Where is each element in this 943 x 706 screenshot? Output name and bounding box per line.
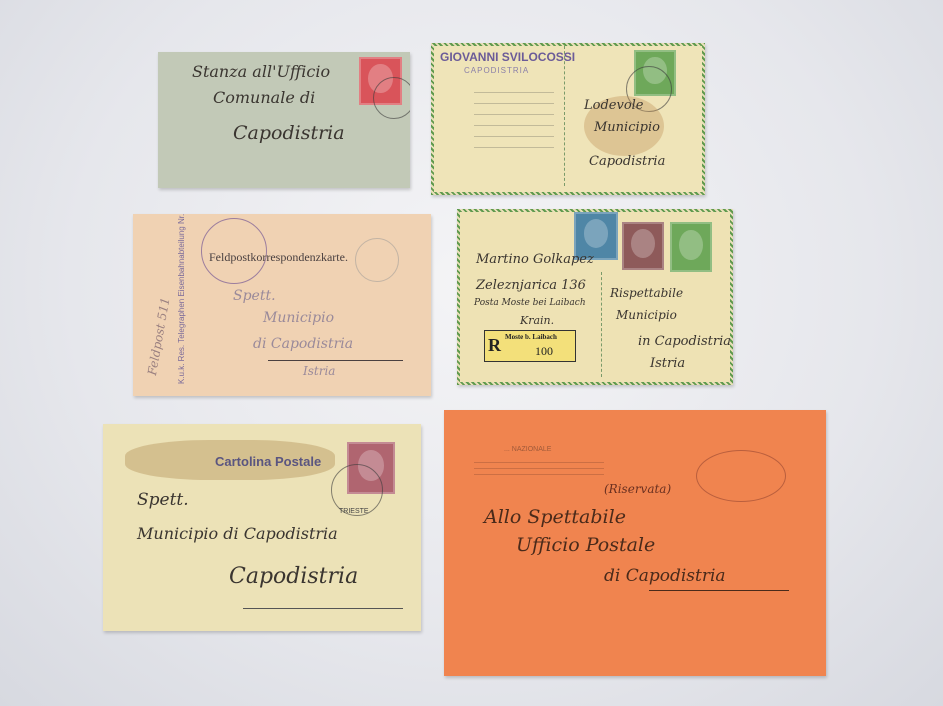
- recipient-line-4: Istria: [650, 356, 685, 371]
- recipient-line-1: Rispettabile: [610, 286, 683, 300]
- handwriting-line-4: Istria: [303, 364, 335, 378]
- handwriting-line-1: Allo Spettabile: [484, 506, 626, 528]
- postcard-cartolina: Cartolina Postale TRIESTE Spett. Municip…: [103, 424, 421, 631]
- address-rule: [268, 360, 403, 361]
- postcard-svilocossi: GIOVANNI SVILOCOSSI CAPODISTRIA Lodevole…: [431, 43, 705, 195]
- postmark: [373, 77, 410, 119]
- stamp-circle: [355, 238, 399, 282]
- registration-label: R Moste b. Laibach 100: [484, 330, 576, 362]
- divider: [601, 272, 603, 377]
- registered-postcard: Martino Golkapez Zeleznjarica 136 Posta …: [457, 209, 733, 385]
- registration-number: 100: [535, 344, 553, 359]
- oval-cancel: [696, 450, 786, 502]
- address-line-2: Municipio: [594, 120, 660, 135]
- handwriting-line-3: di Capodistria: [253, 336, 353, 352]
- postmark-text: TRIESTE: [339, 508, 369, 515]
- printed-title: Cartolina Postale: [215, 454, 321, 469]
- feldpost-card: Feldpostkorrespondenzkarte. K.u.k. Res. …: [133, 214, 431, 396]
- sender-line-1: Martino Golkapez: [476, 252, 594, 267]
- address-line-3: Capodistria: [589, 154, 665, 169]
- handwriting-line-2: Municipio: [263, 310, 334, 326]
- address-line-1: Lodevole: [584, 98, 644, 113]
- reserved-note: (Riservata): [604, 482, 671, 496]
- message-handwriting: [474, 88, 554, 158]
- handwriting-line-2: Municipio di Capodistria: [137, 524, 338, 543]
- printed-header-1: ... NAZIONALE: [504, 446, 551, 453]
- sender-header: GIOVANNI SVILOCOSSI: [440, 50, 575, 64]
- handwriting-line-1: Spett.: [137, 490, 189, 510]
- letter-card-green: Stanza all'Ufficio Comunale di Capodistr…: [158, 52, 410, 188]
- registration-letter: R: [488, 335, 501, 356]
- handwriting-line-1: Stanza all'Ufficio: [192, 62, 330, 81]
- address-rule: [243, 608, 403, 609]
- address-rule: [649, 590, 789, 591]
- handwriting-line-2: Ufficio Postale: [516, 534, 655, 556]
- recipient-line-2: Municipio: [616, 308, 677, 322]
- handwriting-line-3: di Capodistria: [604, 566, 726, 586]
- card-title: Feldpostkorrespondenzkarte.: [209, 250, 348, 265]
- handwriting-line-2: Comunale di: [213, 88, 315, 107]
- stamp-brown: [622, 222, 664, 270]
- handwriting-line-3: Capodistria: [233, 122, 345, 144]
- registration-office: Moste b. Laibach: [505, 333, 557, 341]
- recipient-line-3: in Capodistria: [638, 334, 731, 349]
- stamp-green: [670, 222, 712, 272]
- side-note: Feldpost 511: [145, 296, 172, 376]
- side-stamp: K.u.k. Res. Telegraphen Eisenbahnabteilu…: [177, 214, 186, 384]
- printed-header-lines: [474, 458, 604, 480]
- handwriting-line-3: Capodistria: [229, 564, 358, 589]
- handwriting-line-1: Spett.: [233, 288, 276, 304]
- sender-subheader: CAPODISTRIA: [464, 66, 529, 75]
- sender-line-4: Krain.: [520, 314, 554, 327]
- divider: [564, 46, 566, 186]
- orange-envelope: ... NAZIONALE (Riservata) Allo Spettabil…: [444, 410, 826, 676]
- sender-line-2: Zeleznjarica 136: [476, 278, 586, 293]
- sender-line-3: Posta Moste bei Laibach: [474, 298, 586, 308]
